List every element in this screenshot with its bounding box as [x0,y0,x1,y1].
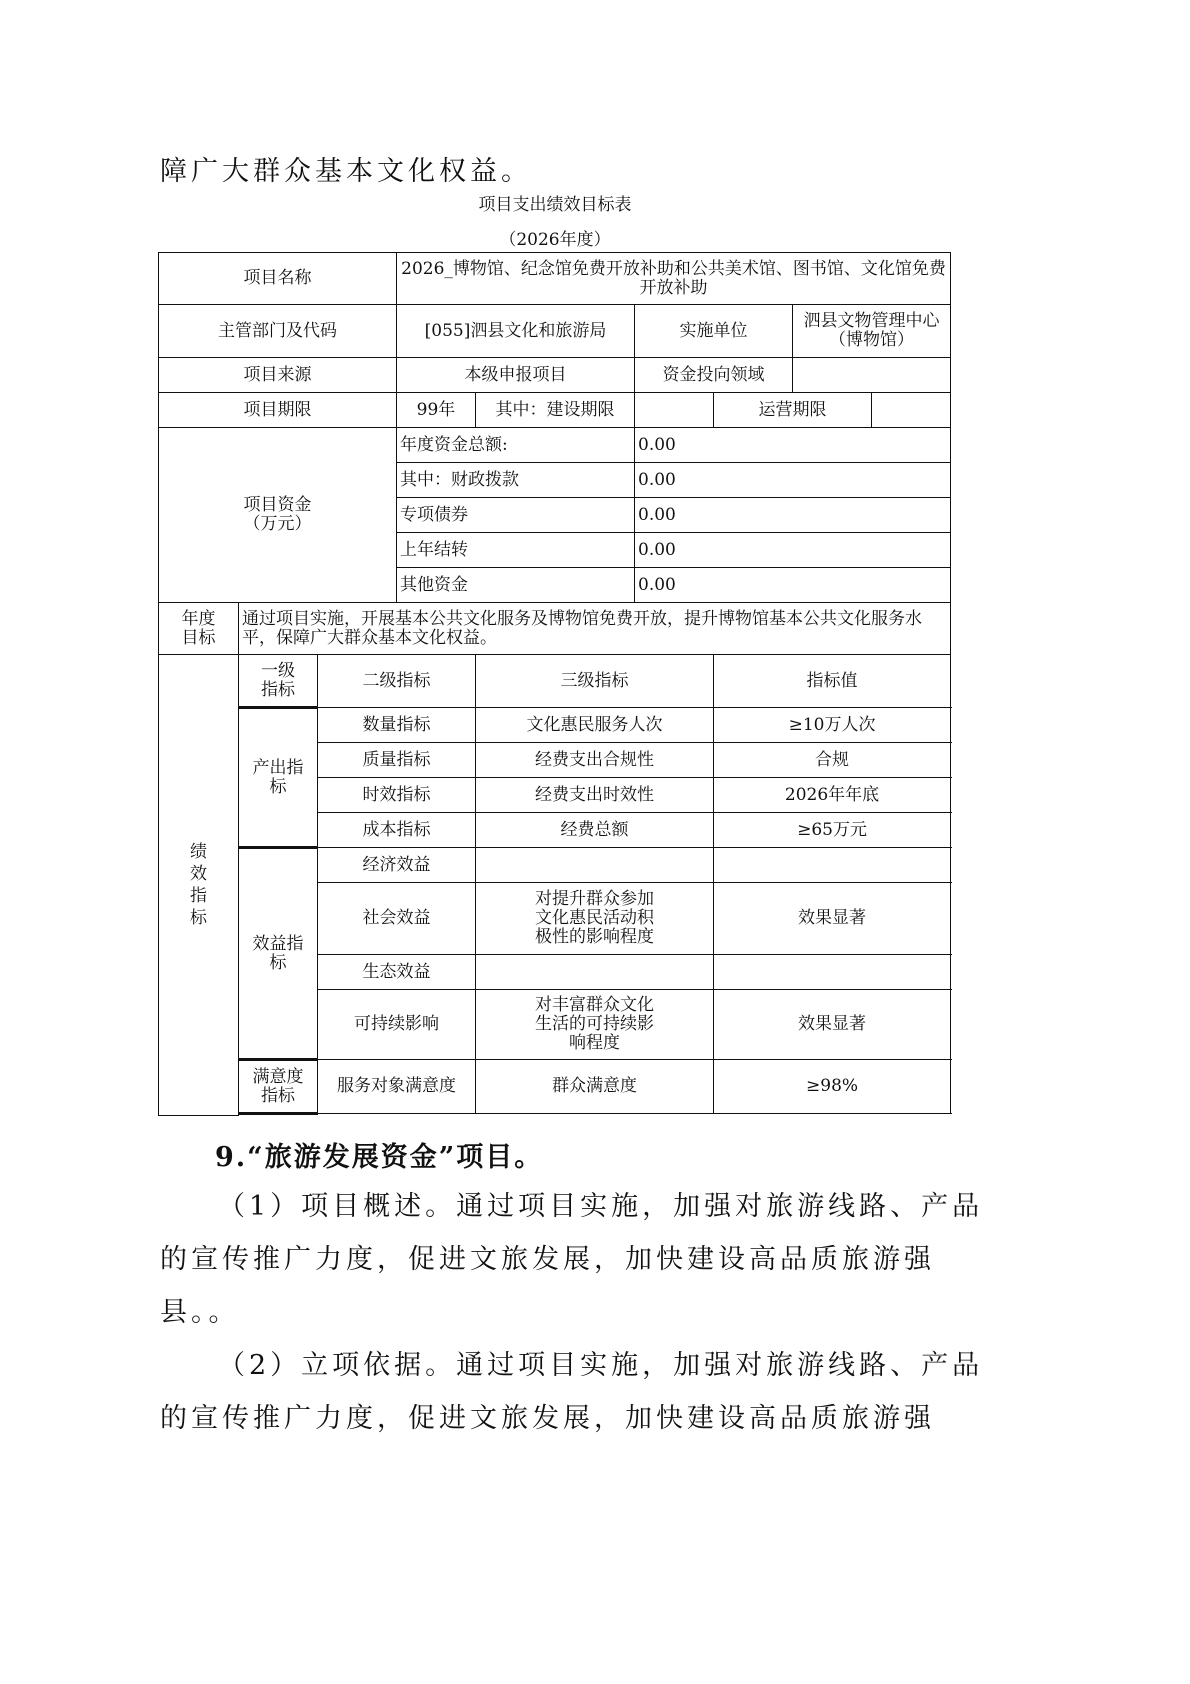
operation-value [872,393,951,428]
header-level1: 一级指标 [239,655,318,708]
value-cell: 合规 [714,743,951,778]
fund-row-label: 专项债券 [397,498,635,533]
value-cell: 2026年年底 [714,778,951,813]
level3-cell: 经费总额 [476,813,714,848]
level2-cell: 服务对象满意度 [318,1060,476,1114]
level1-satisfaction: 满意度指标 [239,1060,318,1114]
value-cell: 效果显著 [714,883,951,955]
fund-row-value: 0.00 [635,533,951,568]
fund-row-label: 其他资金 [397,568,635,603]
level3-cell: 对提升群众参加文化惠民活动积极性的影响程度 [476,883,714,955]
fund-row-value: 0.00 [635,463,951,498]
impl-value: 泗县文物管理中心（博物馆） [793,305,951,358]
fund-domain-value [793,358,951,393]
source-label: 项目来源 [159,358,397,393]
level2-cell: 可持续影响 [318,990,476,1060]
annual-goal-label: 年度目标 [159,603,239,655]
section-heading: 9.“旅游发展资金”项目。 [215,1135,543,1174]
value-cell: ≥98% [714,1060,951,1114]
table-title: 项目支出绩效目标表 [0,190,1110,215]
level3-cell [476,848,714,883]
paragraph-line: 的宣传推广力度，促进文旅发展，加快建设高品质旅游强 [160,1240,950,1280]
fund-row-label: 年度资金总额: [397,428,635,463]
level2-cell: 经济效益 [318,848,476,883]
funds-label: 项目资金（万元） [159,428,397,603]
value-cell: ≥65万元 [714,813,951,848]
annual-goal-text: 通过项目实施，开展基本公共文化服务及博物馆免费开放，提升博物馆基本公共文化服务水… [239,603,951,655]
dept-value: [055]泗县文化和旅游局 [397,305,635,358]
construction-value [635,393,714,428]
period-value: 99年 [397,393,476,428]
paragraph-line: （1）项目概述。通过项目实施，加强对旅游线路、产品 [218,1187,1008,1227]
level3-cell [476,955,714,990]
level2-cell: 质量指标 [318,743,476,778]
source-value: 本级申报项目 [397,358,635,393]
impl-label: 实施单位 [635,305,793,358]
fund-row-value: 0.00 [635,428,951,463]
level2-cell: 数量指标 [318,708,476,743]
fund-row-label: 其中：财政拨款 [397,463,635,498]
project-name-value: 2026_博物馆、纪念馆免费开放补助和公共美术馆、图书馆、文化馆免费开放补助 [397,253,951,305]
header-level3: 三级指标 [476,655,714,708]
intro-line: 障广大群众基本文化权益。 [160,152,950,192]
level3-cell: 经费支出时效性 [476,778,714,813]
paragraph-line: 的宣传推广力度，促进文旅发展，加快建设高品质旅游强 [160,1399,950,1439]
level3-cell: 群众满意度 [476,1060,714,1114]
level3-cell: 经费支出合规性 [476,743,714,778]
dept-label: 主管部门及代码 [159,305,397,358]
paragraph-line: 县。。 [160,1293,950,1333]
fund-row-value: 0.00 [635,568,951,603]
project-name-label: 项目名称 [159,253,397,305]
value-cell [714,955,951,990]
performance-table: 项目名称 2026_博物馆、纪念馆免费开放补助和公共美术馆、图书馆、文化馆免费开… [158,252,951,1116]
period-label: 项目期限 [159,393,397,428]
fund-row-label: 上年结转 [397,533,635,568]
level2-cell: 生态效益 [318,955,476,990]
value-cell: 效果显著 [714,990,951,1060]
fund-row-value: 0.00 [635,498,951,533]
table-year: （2026年度） [0,225,1110,250]
operation-label: 运营期限 [714,393,872,428]
level3-cell: 文化惠民服务人次 [476,708,714,743]
construction-label: 其中：建设期限 [476,393,635,428]
header-value: 指标值 [714,655,951,708]
fund-domain-label: 资金投向领域 [635,358,793,393]
indicators-section-label: 绩效指标 [159,655,239,1116]
value-cell: ≥10万人次 [714,708,951,743]
level1-benefit: 效益指标 [239,848,318,1060]
level2-cell: 成本指标 [318,813,476,848]
paragraph-line: （2）立项依据。通过项目实施，加强对旅游线路、产品 [218,1346,1008,1386]
level2-cell: 社会效益 [318,883,476,955]
level2-cell: 时效指标 [318,778,476,813]
header-level2: 二级指标 [318,655,476,708]
level3-cell: 对丰富群众文化生活的可持续影响程度 [476,990,714,1060]
level1-output: 产出指标 [239,708,318,848]
value-cell [714,848,951,883]
